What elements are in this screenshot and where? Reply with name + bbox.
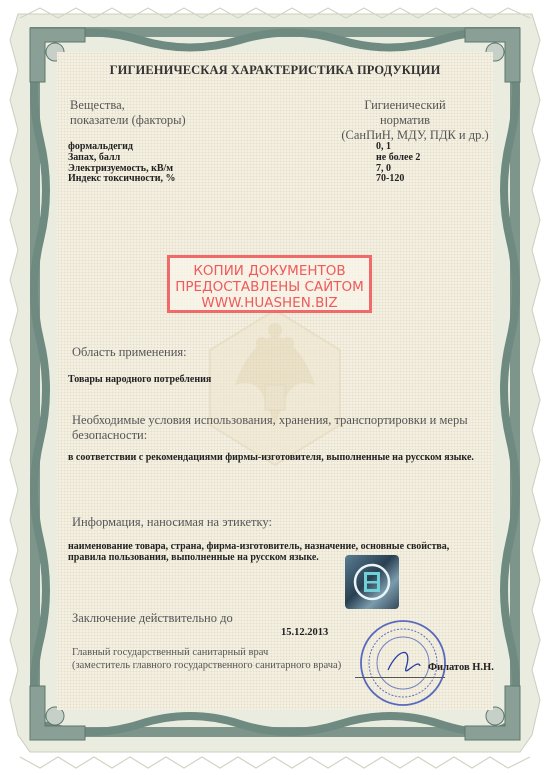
norm-header-line3: (СанПиН, МДУ, ПДК и др.): [325, 128, 505, 143]
norm-header-line2: норматив: [330, 113, 480, 128]
signer-name: Филатов Н.Н.: [428, 662, 494, 673]
document-title: ГИГИЕНИЧЕСКАЯ ХАРАКТЕРИСТИКА ПРОДУКЦИИ: [0, 63, 550, 78]
watermark-line1: КОПИИ ДОКУМЕНТОВ: [170, 263, 369, 279]
valid-until-label: Заключение действительно до: [72, 611, 233, 626]
norm-header-line1: Гигиенический: [330, 98, 480, 113]
norm-cell: 70-120: [376, 173, 404, 184]
signature-line: [355, 677, 445, 678]
label-info-line1: наименование товара, страна, фирма-изгот…: [68, 541, 449, 552]
signer-title-line2: (заместитель главного государственного с…: [72, 660, 341, 671]
valid-until-date: 15.12.2013: [281, 627, 328, 638]
scope-value: Товары народного потребления: [68, 374, 211, 385]
signer-title-line1: Главный государственный санитарный врач: [72, 647, 268, 658]
substances-header-line1: Вещества,: [70, 98, 125, 113]
label-info-label: Информация, наносимая на этикетку:: [72, 515, 272, 530]
substance-cell: формальдегид: [68, 141, 133, 152]
substance-cell: Индекс токсичности, %: [68, 173, 176, 184]
norm-cell: 0, 1: [376, 141, 391, 152]
watermark-line2: ПРЕДОСТАВЛЕНЫ САЙТОМ: [170, 279, 369, 295]
conditions-value: в соответствии с рекомендациями фирмы-из…: [68, 452, 474, 463]
coat-of-arms-watermark-icon: [200, 305, 350, 470]
conditions-label-line1: Необходимые условия использования, хране…: [72, 413, 468, 428]
substance-cell: Запах, балл: [68, 152, 120, 163]
watermark-line3: WWW.HUASHEN.BIZ: [170, 295, 369, 311]
conditions-label-line2: безопасности:: [72, 428, 147, 443]
hologram-sticker-icon: [345, 555, 399, 609]
label-info-line2: правила пользования, выполненные на русс…: [68, 552, 319, 563]
norm-cell: не более 2: [376, 152, 420, 163]
substances-header-line2: показатели (факторы): [70, 113, 186, 128]
scope-label: Область применения:: [72, 345, 187, 360]
copy-watermark: КОПИИ ДОКУМЕНТОВ ПРЕДОСТАВЛЕНЫ САЙТОМ WW…: [167, 255, 372, 313]
